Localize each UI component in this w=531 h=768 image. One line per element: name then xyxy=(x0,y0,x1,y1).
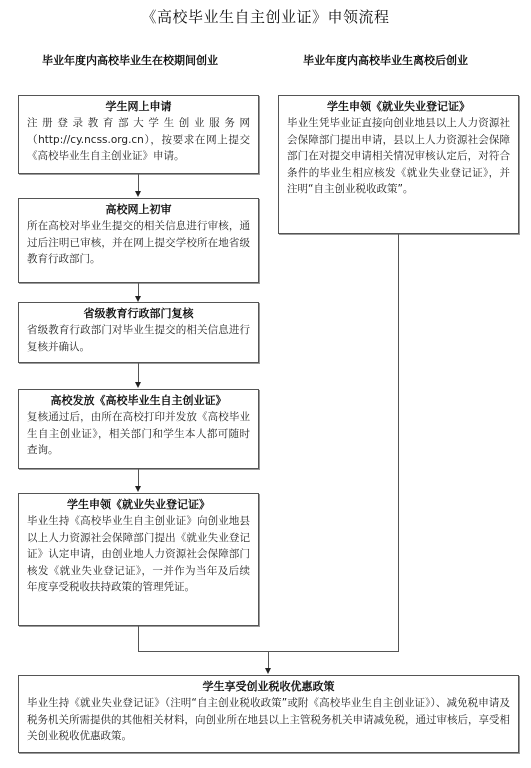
step-provincial-recheck: 省级教育行政部门复核 省级教育行政部门对毕业生提交的相关信息进行复核并确认。 xyxy=(18,302,259,363)
arrow-down-icon xyxy=(135,486,141,492)
step-online-application: 学生网上申请 注册登录教育部大学生创业服务网（http://cy.ncss.or… xyxy=(18,95,259,174)
step-body: 毕业生持《高校毕业生自主创业证》向创业地县以上人力资源社会保障部门提出《就业失业… xyxy=(27,513,250,596)
step-title: 高校发放《高校毕业生自主创业证》 xyxy=(27,393,250,409)
step-body: 复核通过后，由所在高校打印并发放《高校毕业生自主创业证》，相关部门和学生本人都可… xyxy=(27,409,250,459)
step-title: 学生享受创业税收优惠政策 xyxy=(27,679,510,695)
step-apply-employment-card-left: 学生申领《就业失业登记证》 毕业生持《高校毕业生自主创业证》向创业地县以上人力资… xyxy=(18,493,259,626)
step-university-preliminary-review: 高校网上初审 所在高校对毕业生提交的相关信息进行审核，通过后注明已审核，并在网上… xyxy=(18,198,259,283)
connector-line xyxy=(138,363,139,383)
page-title: 《高校毕业生自主创业证》申领流程 xyxy=(0,6,531,27)
right-column-heading: 毕业年度内高校毕业生离校后创业 xyxy=(303,52,468,68)
step-enjoy-tax-benefits: 学生享受创业税收优惠政策 毕业生持《就业失业登记证》（注明“自主创业税收政策”或… xyxy=(18,675,519,753)
left-column-heading: 毕业年度内高校毕业生在校期间创业 xyxy=(42,52,218,68)
step-title: 学生申领《就业失业登记证》 xyxy=(287,99,510,115)
connector-line xyxy=(268,651,269,669)
step-title: 省级教育行政部门复核 xyxy=(27,306,250,322)
step-body: 所在高校对毕业生提交的相关信息进行审核，通过后注明已审核，并在网上提交学校所在地… xyxy=(27,218,250,268)
arrow-down-icon xyxy=(135,382,141,388)
arrow-down-icon xyxy=(265,668,271,674)
step-body: 注册登录教育部大学生创业服务网（http://cy.ncss.org.cn），按… xyxy=(27,115,250,165)
step-body: 毕业生凭毕业证直接向创业地县以上人力资源社会保障部门提出申请，县以上人力资源社会… xyxy=(287,115,510,198)
arrow-down-icon xyxy=(135,191,141,197)
step-title: 高校网上初审 xyxy=(27,202,250,218)
connector-line xyxy=(138,283,139,297)
step-title: 学生网上申请 xyxy=(27,99,250,115)
step-title: 学生申领《就业失业登记证》 xyxy=(27,497,250,513)
connector-line xyxy=(138,469,139,487)
connector-line xyxy=(138,626,139,651)
connector-line xyxy=(398,234,399,651)
step-apply-employment-card-right: 学生申领《就业失业登记证》 毕业生凭毕业证直接向创业地县以上人力资源社会保障部门… xyxy=(278,95,519,234)
step-university-issue-certificate: 高校发放《高校毕业生自主创业证》 复核通过后，由所在高校打印并发放《高校毕业生自… xyxy=(18,389,259,469)
step-body: 省级教育行政部门对毕业生提交的相关信息进行复核并确认。 xyxy=(27,322,250,355)
step-body: 毕业生持《就业失业登记证》（注明“自主创业税收政策”或附《高校毕业生自主创业证》… xyxy=(27,695,510,745)
connector-line xyxy=(138,174,139,192)
